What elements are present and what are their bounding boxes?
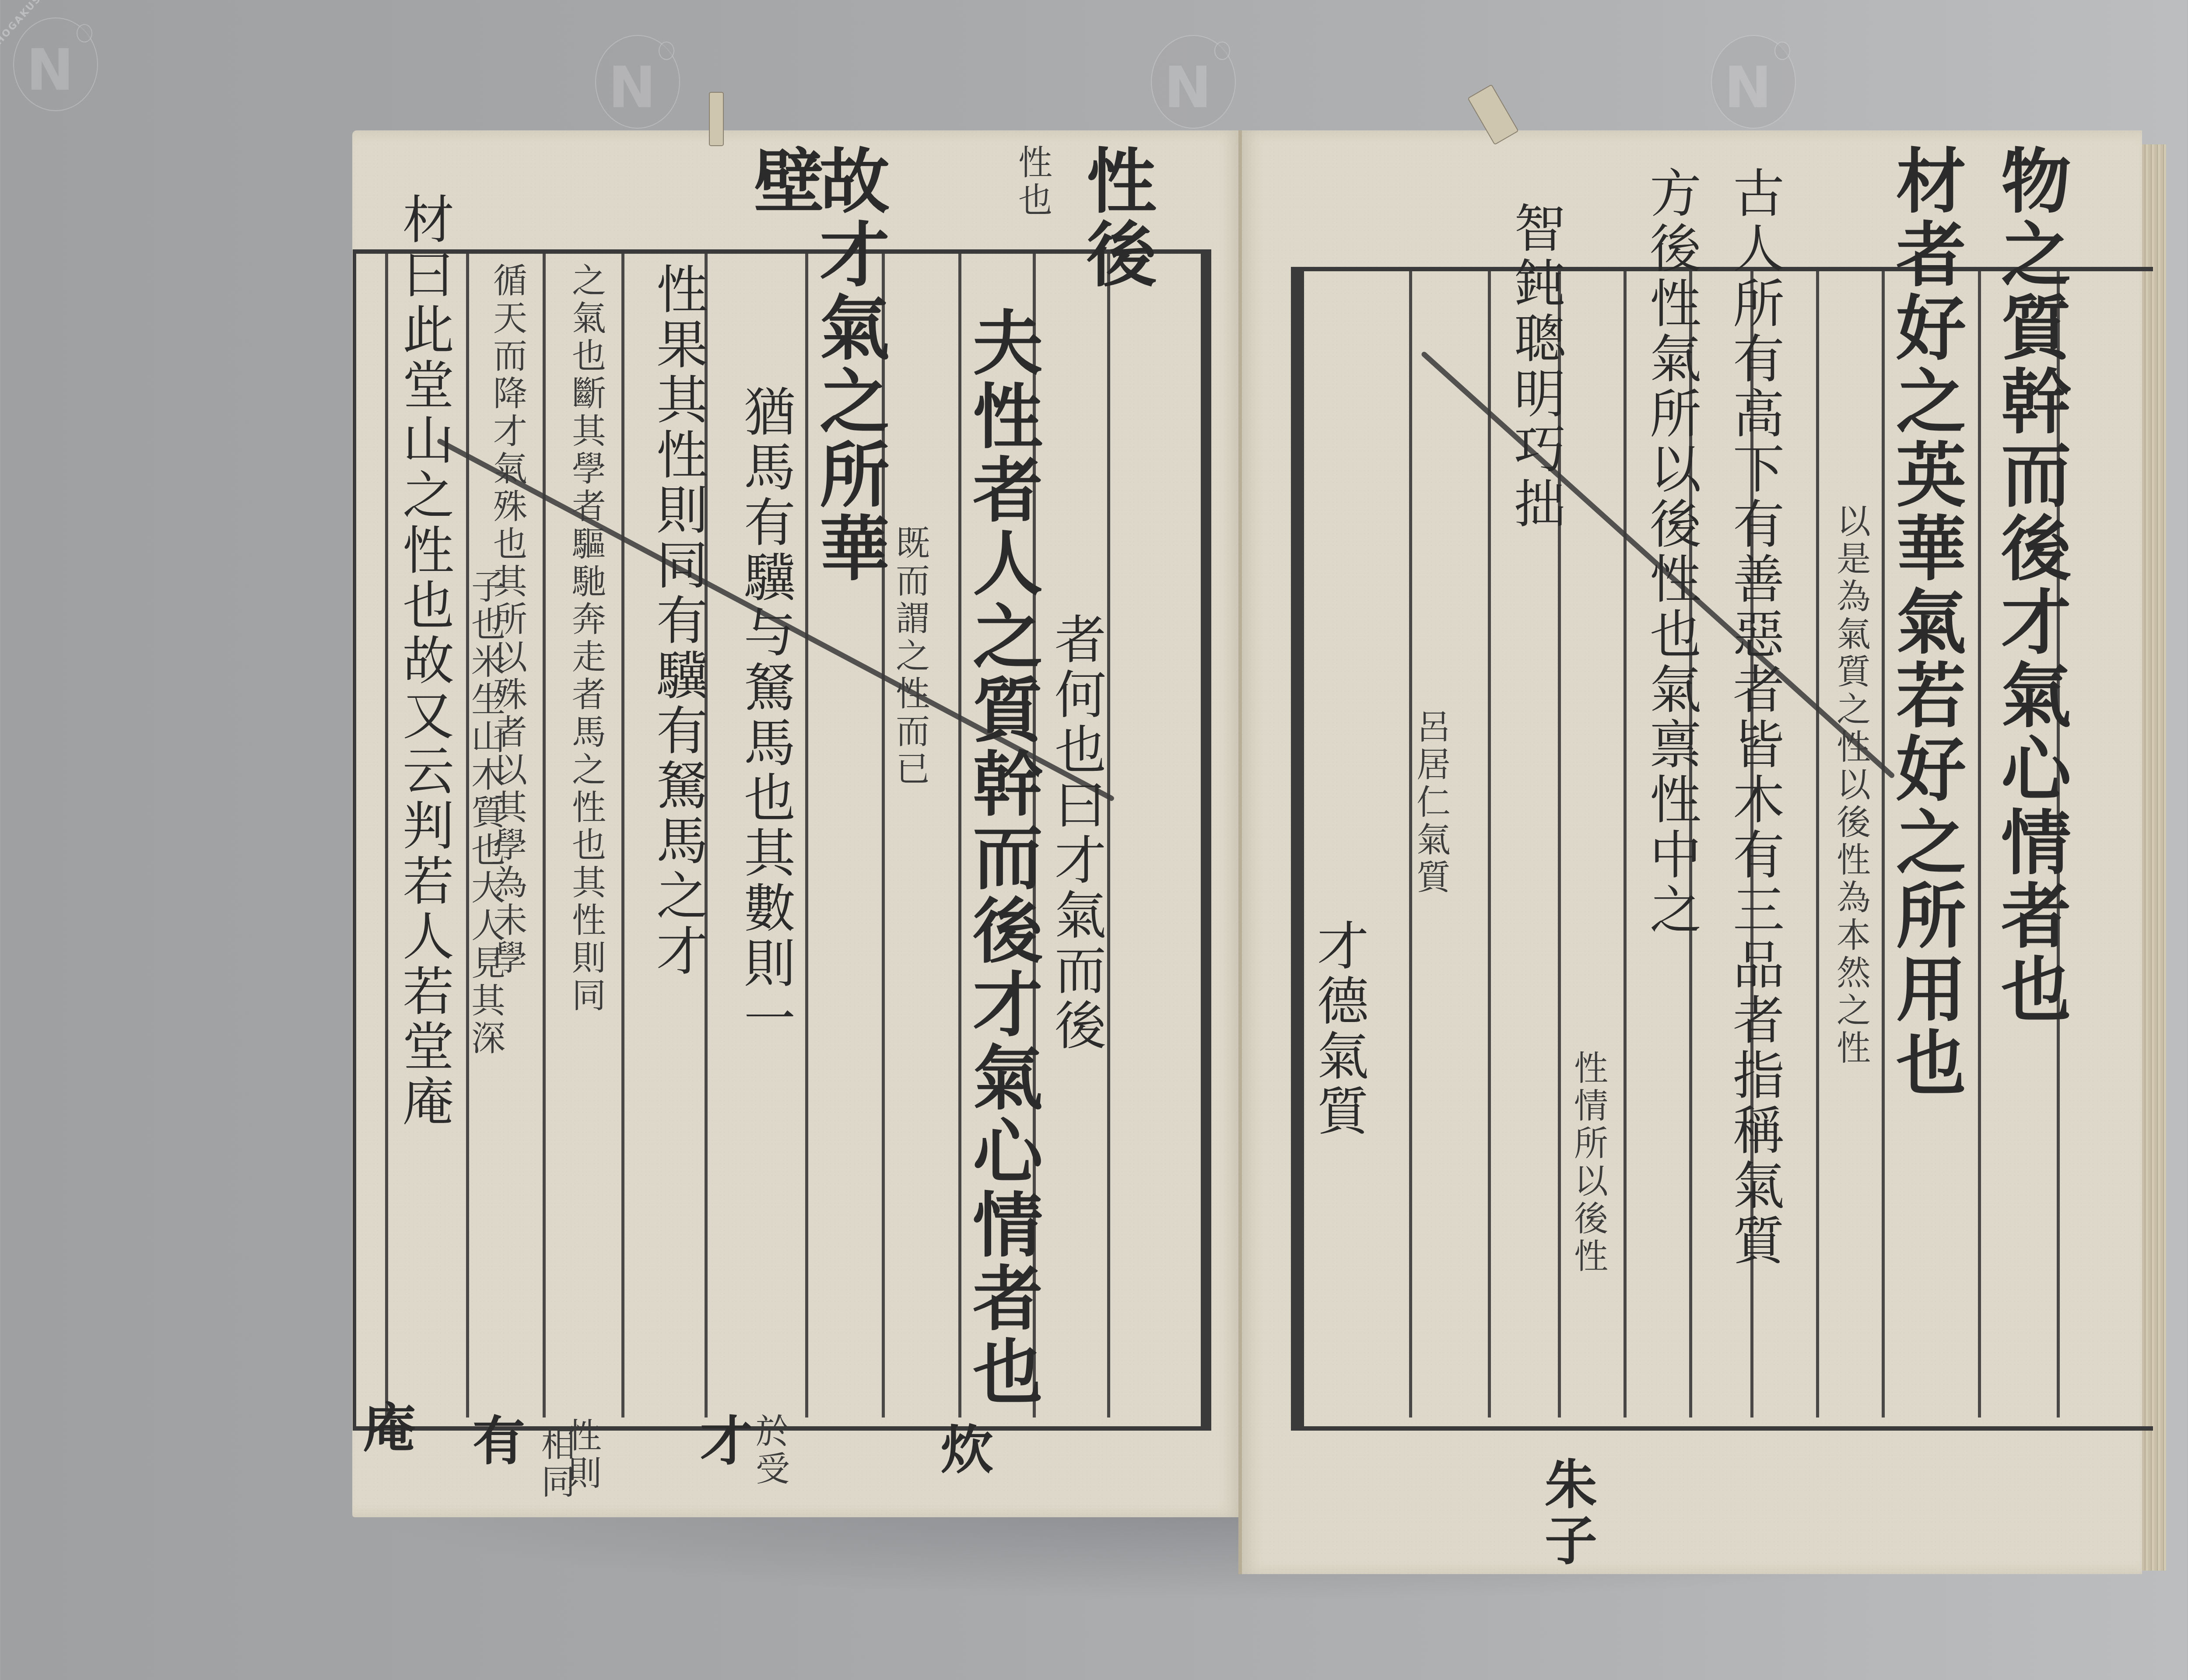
column-rule [1488,271,1491,1417]
text-column: 夫性者人之質幹而後才氣心情者也 [967,306,1037,1409]
binding-thread [709,92,724,146]
margin-note: 朱子 [1540,1457,1593,1569]
annotation-column: 性情所以後性 [1571,1050,1605,1276]
column-rule [621,254,624,1417]
watermark-logo: N [582,17,691,127]
book-gutter [1238,130,1242,1574]
watermark-glyph: N [608,59,656,116]
text-column: 古人所有高下有善惡者皆木有三品者指稱氣質 [1729,166,1780,1269]
column-rule [1623,271,1627,1417]
watermark-logo: N [1698,17,1807,127]
book-photo: NISHOGAKUSHAN N N N N 性後 性也 夫性者人之質幹而後才氣心… [0,0,2188,1680]
text-column: 物之質幹而後才氣心情者也 [1995,144,2065,1026]
annotation-column: 既而謂之性而已 [893,525,927,788]
annotation-column: 以是為氣質之性以後性為本然之性 [1834,503,1868,1067]
watermark-glyph: N [1724,59,1772,116]
margin-note: 庵 [359,1400,411,1456]
column-rule [1107,254,1110,1417]
column-rule [385,254,388,1417]
annotation-column: 性也 [1015,144,1049,220]
margin-note: 於受 [753,1413,787,1488]
margin-note: 才 [696,1413,748,1469]
text-column: 故才氣之所華 [814,144,884,585]
text-column: 性果其性則同有驥有駑馬之才 [652,262,704,979]
column-rule [543,254,546,1417]
annotation-column: 子也米生山木質也大人見其深 [468,569,502,1058]
text-column: 智鈍聰明巧拙 [1510,201,1561,532]
margin-note: 炊 [936,1422,989,1478]
watermark-glyph: N [26,42,74,98]
watermark-glyph: N [1164,59,1212,116]
text-column: 方後性氣所以後性也氣禀性中之 [1645,166,1697,938]
text-column: 壁 [748,144,818,218]
text-column: 猶馬有驥与駑馬也其數則一 [740,385,791,1046]
annotation-column: 之氣也斷其學者驅馳奔走者馬之性也其性則同 [569,262,603,1015]
margin-note: 相同 [538,1426,572,1501]
text-column: 材者好之英華氣若好之所用也 [1890,144,1960,1100]
annotation-column: 呂居仁氣質 [1413,709,1448,897]
annotation-column: 者何也曰才氣而後 [1050,612,1102,1053]
column-rule [1978,271,1981,1417]
watermark-text: NISHOGAKUSHA [0,0,56,64]
column-rule [1816,271,1819,1417]
watermark-logo: NISHOGAKUSHAN [0,0,109,109]
text-column: 才德氣質 [1313,919,1364,1139]
margin-note: 有 [468,1413,521,1469]
text-column: 材曰此堂山之性也故又云判若人若堂庵 [398,192,450,1130]
watermark-logo: N [1138,17,1247,127]
text-column: 性後 [1081,144,1151,291]
